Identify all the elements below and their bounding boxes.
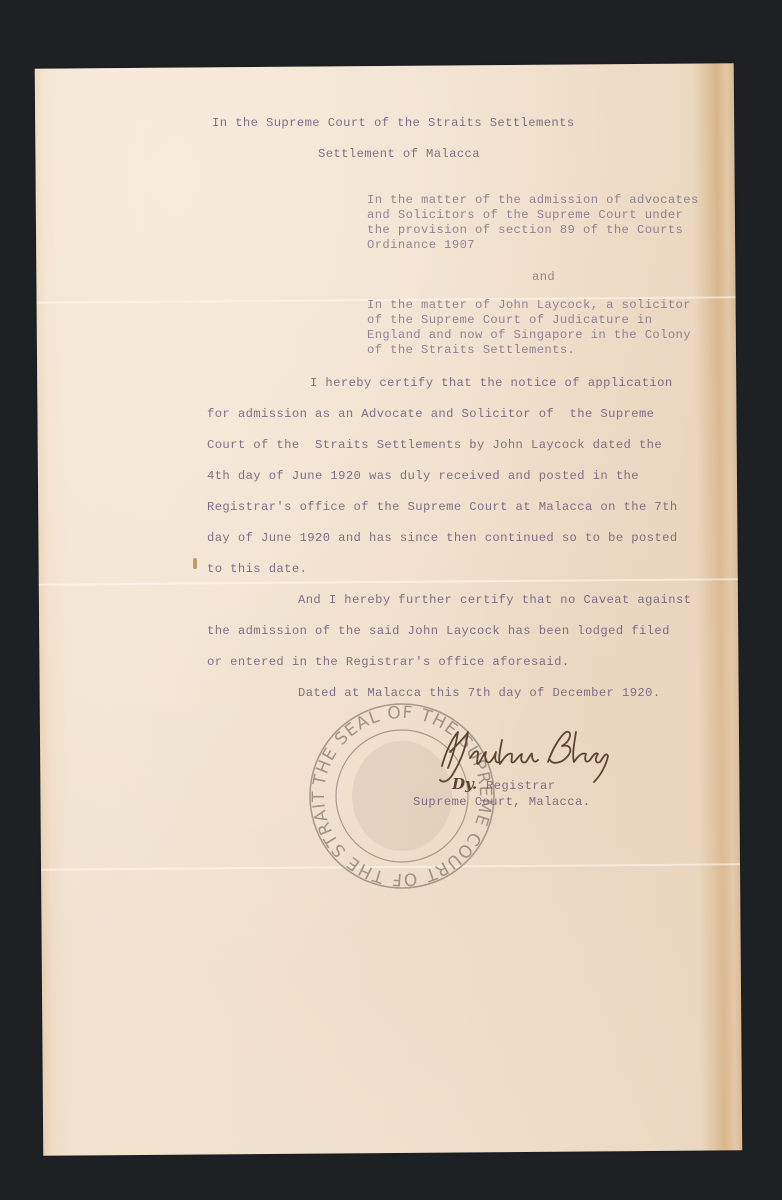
certify-paragraph-line: Court of the Straits Settlements by John… [207,438,662,452]
matter-2-line: England and now of Singapore in the Colo… [367,328,691,342]
further-certify-line: And I hereby further certify that no Cav… [298,593,691,607]
matter-1-line: the provision of section 89 of the Court… [367,223,683,237]
conjunction-and: and [532,270,555,284]
further-certify-line: or entered in the Registrar's office afo… [207,655,570,669]
handwritten-deputy-prefix: Dy. [452,775,477,793]
ink-blot [193,558,197,569]
certify-paragraph-line: Registrar's office of the Supreme Court … [207,500,678,514]
court-heading: In the Supreme Court of the Straits Sett… [212,116,575,130]
settlement-heading: Settlement of Malacca [318,147,480,161]
matter-1-line: Ordinance 1907 [367,238,475,252]
certify-paragraph-line: to this date. [207,562,307,576]
matter-1-line: and Solicitors of the Supreme Court unde… [367,208,683,222]
certify-paragraph-line: I hereby certify that the notice of appl… [310,376,673,390]
signatory-title: Registrar [486,779,555,793]
matter-2-line: In the matter of John Laycock, a solicit… [367,298,691,312]
matter-2-line: of the Straits Settlements. [367,343,575,357]
fold-line [39,578,738,585]
matter-1-line: In the matter of the admission of advoca… [367,193,699,207]
certify-paragraph-line: day of June 1920 and has since then cont… [207,531,678,545]
signatory-office: Supreme Court, Malacca. [413,795,590,809]
certify-paragraph-line: for admission as an Advocate and Solicit… [207,407,654,421]
further-certify-line: the admission of the said John Laycock h… [207,624,670,638]
matter-2-line: of the Supreme Court of Judicature in [367,313,652,327]
dated-line: Dated at Malacca this 7th day of Decembe… [298,686,661,700]
certify-paragraph-line: 4th day of June 1920 was duly received a… [207,469,639,483]
